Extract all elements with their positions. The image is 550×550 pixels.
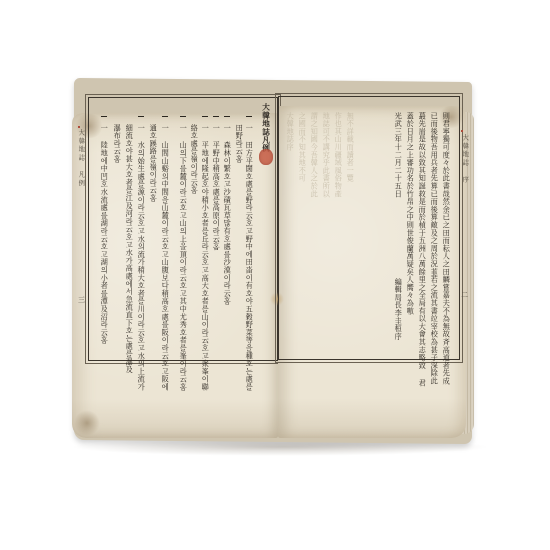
text-column: 細流호야甚大호者를江及河라云호고水가高處에서急流直下호는處를瀑及 <box>126 124 133 374</box>
right-page-number: 二 <box>461 290 468 300</box>
corner-stain <box>74 410 100 436</box>
text-column: 一 平地에隆起호야稍小호者를丘라云호고高大호者를山이라云호고衆峯이聯 <box>202 124 209 391</box>
text-column: 已而後物吾用兵者先算已而後算敵及之周於況韮若之流其書竝宰校為甚子深除此 <box>431 112 438 385</box>
item-bullet <box>101 116 107 117</box>
bleed-through-text: 謂之知國今吾韓人之於此 <box>311 112 318 198</box>
text-column: 蕞先耑是故以致其知誕救是而於楨于五洲八萬餘里之全局有以大會其志略致 君 <box>419 112 426 387</box>
text-column: 則君寧獨可度々於此書哉然余已之田而耘人之田麟嘗嘉夫不為無故斉高道者先成 <box>443 112 450 385</box>
item-bullet <box>180 116 186 117</box>
text-column: 一 陸地에中凹호水流處를湖라云호고湖의小者를潭及沼라云홈 <box>101 124 108 344</box>
item-bullet <box>162 116 168 117</box>
item-bullet <box>246 116 252 117</box>
item-bullet <box>213 116 219 117</box>
bleed-through-text: 無不詳載而讀者一覽 <box>347 112 354 182</box>
item-bullet <box>138 116 144 117</box>
left-margin-header: 大韓地誌 凡例 <box>77 129 83 188</box>
margin-mark <box>461 130 463 132</box>
author-signature: 編輯局長李圭桓序 <box>395 278 402 340</box>
text-column: 通호蹊路를嶺이라云홈 <box>150 124 157 202</box>
text-column: 一 山間山谿의中間을山麓이라云호고山腹보다稍高호處를阪이라云호고阪에 <box>162 124 169 391</box>
red-seal-stamp <box>259 149 273 165</box>
right-margin-header: 大韓地誌 序 <box>461 134 467 185</box>
bleed-through-text: 大韓地誌序 <box>287 112 294 151</box>
text-column: 一 平野中稍高호處를高原이라云홈 <box>213 124 220 251</box>
text-column: 一 田方平闊호處를野라云호고野中에田畓이有호야五穀野菜等을種호는處를 <box>246 124 253 391</box>
left-page-number: 三 <box>78 295 85 305</box>
date-line: 光武三年十二月二十五日 <box>395 112 402 198</box>
bleed-through-text: 之國而不知其地不可 <box>299 112 306 182</box>
bleed-through-text: 作也其山川疆域風俗物產 <box>335 112 342 198</box>
text-column: 瀑布라云홈 <box>114 124 121 163</box>
text-column: 一 水의始生處를源이라云호고水의流가稍大호者를川이라云호고水의上流가 <box>138 124 145 391</box>
margin-mark <box>78 126 80 128</box>
item-bullet <box>224 116 230 117</box>
text-column: 田野라云홈 <box>236 124 243 163</box>
bleed-through-text: 地誌可不講究乎此書所以 <box>323 112 330 198</box>
text-column: 一 森林이繁호고沙磧瓦草많有호處를沙漠이라云홈 <box>224 124 231 305</box>
text-column: 蓋於日月之上審功名於竹帛之中則世俊蘭萬疑矣人嚮々為嗷 <box>407 112 414 315</box>
page-title: 大韓地誌凡例 <box>262 103 270 152</box>
item-bullet <box>202 116 208 117</box>
text-column: 絡호處를嶺이라云홈 <box>191 124 198 194</box>
text-column: 一 山의下를麓이라云호고山의上을頂이라云호고其中尤秀호者를峯이라云홈 <box>180 124 187 391</box>
